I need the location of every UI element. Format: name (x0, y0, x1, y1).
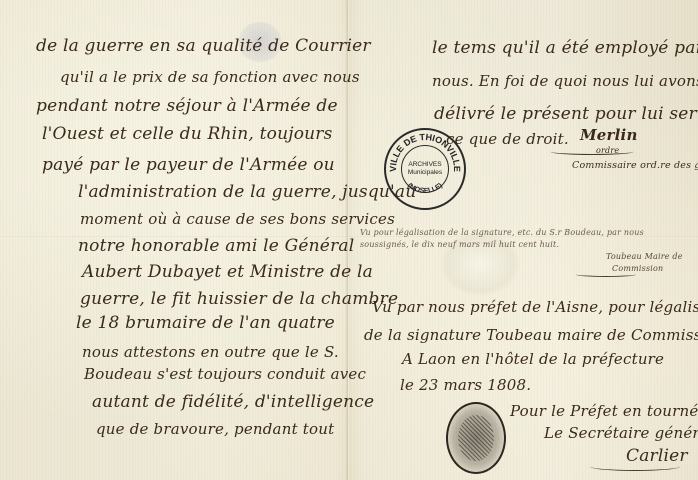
eagle-emblem-icon (458, 415, 494, 461)
document-sheet: de la guerre en sa qualité de Courrier q… (0, 0, 698, 480)
svg-text:(MOSELLE): (MOSELLE) (406, 182, 444, 195)
left-line-13: Boudeau s'est toujours conduit avec (84, 365, 366, 383)
mayor-signature-1: Toubeau Maire de (606, 252, 683, 261)
left-line-3: pendant notre séjour à l'Armée de (36, 96, 338, 116)
left-line-14: autant de fidélité, d'intelligence (92, 392, 374, 412)
stamp-ring-icon: VILLE DE THIONVILLE (MOSELLE) (386, 130, 464, 208)
left-line-12: nous attestons en outre que le S. (82, 343, 339, 361)
left-line-9: Aubert Dubayet et Ministre de la (82, 262, 373, 282)
left-line-7: moment où à cause de ses bons services (80, 210, 395, 228)
legalization-note-2: soussignés, le dix neuf mars mil huit ce… (360, 240, 559, 249)
left-line-5: payé par le payeur de l'Armée ou (42, 155, 335, 175)
signature-flourish (550, 148, 634, 155)
prefect-line-4: le 23 mars 1808. (400, 376, 531, 394)
left-line-2: qu'il a le prix de sa fonction avec nous (60, 68, 360, 86)
svg-text:VILLE DE THIONVILLE: VILLE DE THIONVILLE (388, 132, 462, 172)
stamp-ring-text: VILLE DE THIONVILLE (388, 132, 462, 172)
closing-line-2: Le Secrétaire général, (544, 424, 698, 442)
left-line-4: l'Ouest et celle du Rhin, toujours (42, 124, 333, 144)
prefect-line-2: de la signature Toubeau maire de Commiss… (364, 326, 698, 344)
right-line-4: ce que de droit. (446, 130, 569, 148)
prefect-line-1: Vu par nous préfet de l'Aisne, pour léga… (372, 298, 698, 316)
left-page: de la guerre en sa qualité de Courrier q… (0, 0, 346, 480)
mayor-flourish (576, 272, 636, 277)
left-line-11: le 18 brumaire de l'an quatre (76, 313, 335, 333)
prefect-line-3: A Laon en l'hôtel de la préfecture (402, 350, 664, 368)
left-line-8: notre honorable ami le Général (78, 236, 354, 256)
right-line-2: nous. En foi de quoi nous lui avons (432, 72, 698, 90)
left-line-15: que de bravoure, pendant tout (96, 420, 334, 438)
right-line-3: délivré le présent pour lui servir (434, 104, 698, 124)
stamp-bottom-text: (MOSELLE) (406, 182, 444, 195)
closing-line-1: Pour le Préfet en tournée, (510, 402, 698, 420)
left-line-1: de la guerre en sa qualité de Courrier (36, 36, 371, 56)
signature-merlin: Merlin (580, 126, 638, 144)
right-page: le tems qu'il a été employé par nous. En… (350, 0, 698, 480)
right-line-1: le tems qu'il a été employé par (432, 38, 698, 58)
prefecture-seal-icon (446, 402, 506, 474)
legalization-note-1: Vu pour légalisation de la signature, et… (360, 228, 644, 237)
commissioner-line: Commissaire ord.re des guerres (572, 160, 698, 171)
archive-stamp: VILLE DE THIONVILLE (MOSELLE) ARCHIVES M… (384, 128, 466, 210)
carlier-flourish (590, 462, 680, 471)
